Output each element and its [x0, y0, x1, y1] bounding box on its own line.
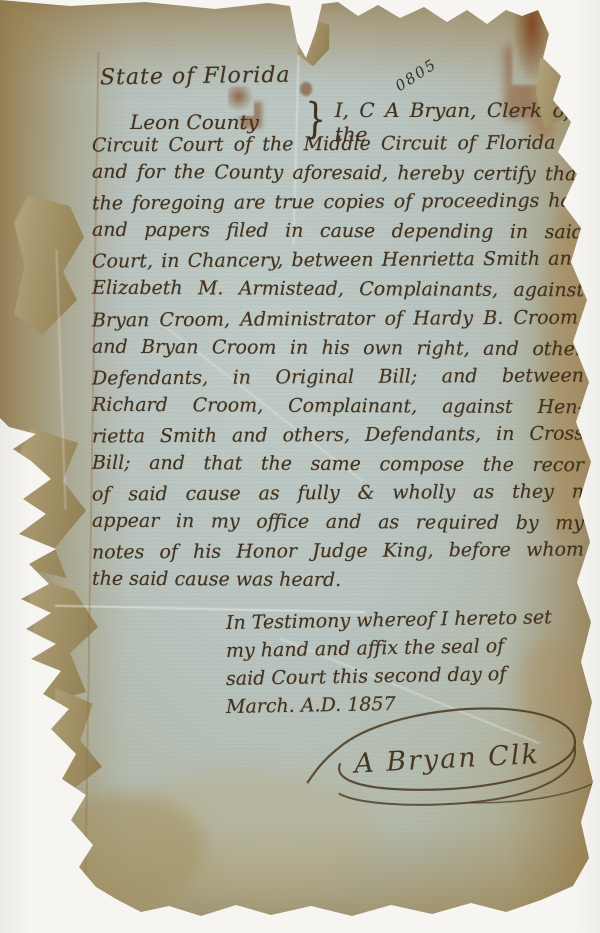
document-paper: 0805 State of Florida Leon County } I, C…: [0, 0, 600, 933]
torn-edge-flap: [18, 575, 98, 705]
body-line: Defendants, in Original Bill; and betwee…: [92, 361, 584, 393]
body-line: Circuit Court of the Middle Circuit of F…: [92, 128, 584, 160]
body-line: Court, in Chancery, between Henrietta Sm…: [92, 245, 584, 277]
body-line: the foregoing are true copies of proceed…: [92, 187, 584, 219]
signature-flourish: A Bryan Clk: [289, 690, 595, 824]
torn-edge-flap: [40, 688, 102, 793]
body-line: Bryan Croom, Administrator of Hardy B. C…: [92, 303, 584, 335]
body-line: rietta Smith and others, Defendants, in …: [92, 419, 584, 451]
body-line: Richard Croom, Complainant, against Hen-: [92, 391, 584, 423]
body-line: appear in my office and as required by m…: [92, 507, 584, 539]
certificate-body: Circuit Court of the Middle Circuit of F…: [92, 130, 584, 596]
torn-edge-flap: [8, 428, 86, 578]
scan-background: 0805 State of Florida Leon County } I, C…: [0, 0, 600, 933]
torn-edge-flap-top: [293, 16, 333, 68]
body-line: and Bryan Croom in his own right, and ot…: [92, 332, 584, 364]
body-line: notes of his Honor Judge King, before wh…: [92, 536, 584, 568]
body-line: and for the County aforesaid, hereby cer…: [92, 158, 584, 190]
catalog-number: 0805: [392, 55, 441, 95]
body-line: Elizabeth M. Armistead, Complainants, ag…: [92, 274, 584, 306]
clerk-signature: A Bryan Clk: [289, 690, 595, 824]
body-line: and papers filed in cause depending in s…: [92, 216, 584, 248]
torn-edge-flap: [14, 195, 84, 335]
brace-glyph: }: [305, 118, 326, 119]
document-heading: State of Florida: [100, 63, 291, 91]
signature-text: A Bryan Clk: [350, 739, 540, 780]
closing-line: the said cause was heard.: [92, 565, 584, 597]
paper-crease: [55, 250, 66, 510]
body-line: Bill; and that the same compose the reco…: [92, 449, 584, 481]
rust-stain-top: [512, 0, 552, 85]
body-line: of said cause as fully & wholly as they …: [92, 478, 584, 510]
water-stain-bottom-left: [35, 795, 205, 910]
